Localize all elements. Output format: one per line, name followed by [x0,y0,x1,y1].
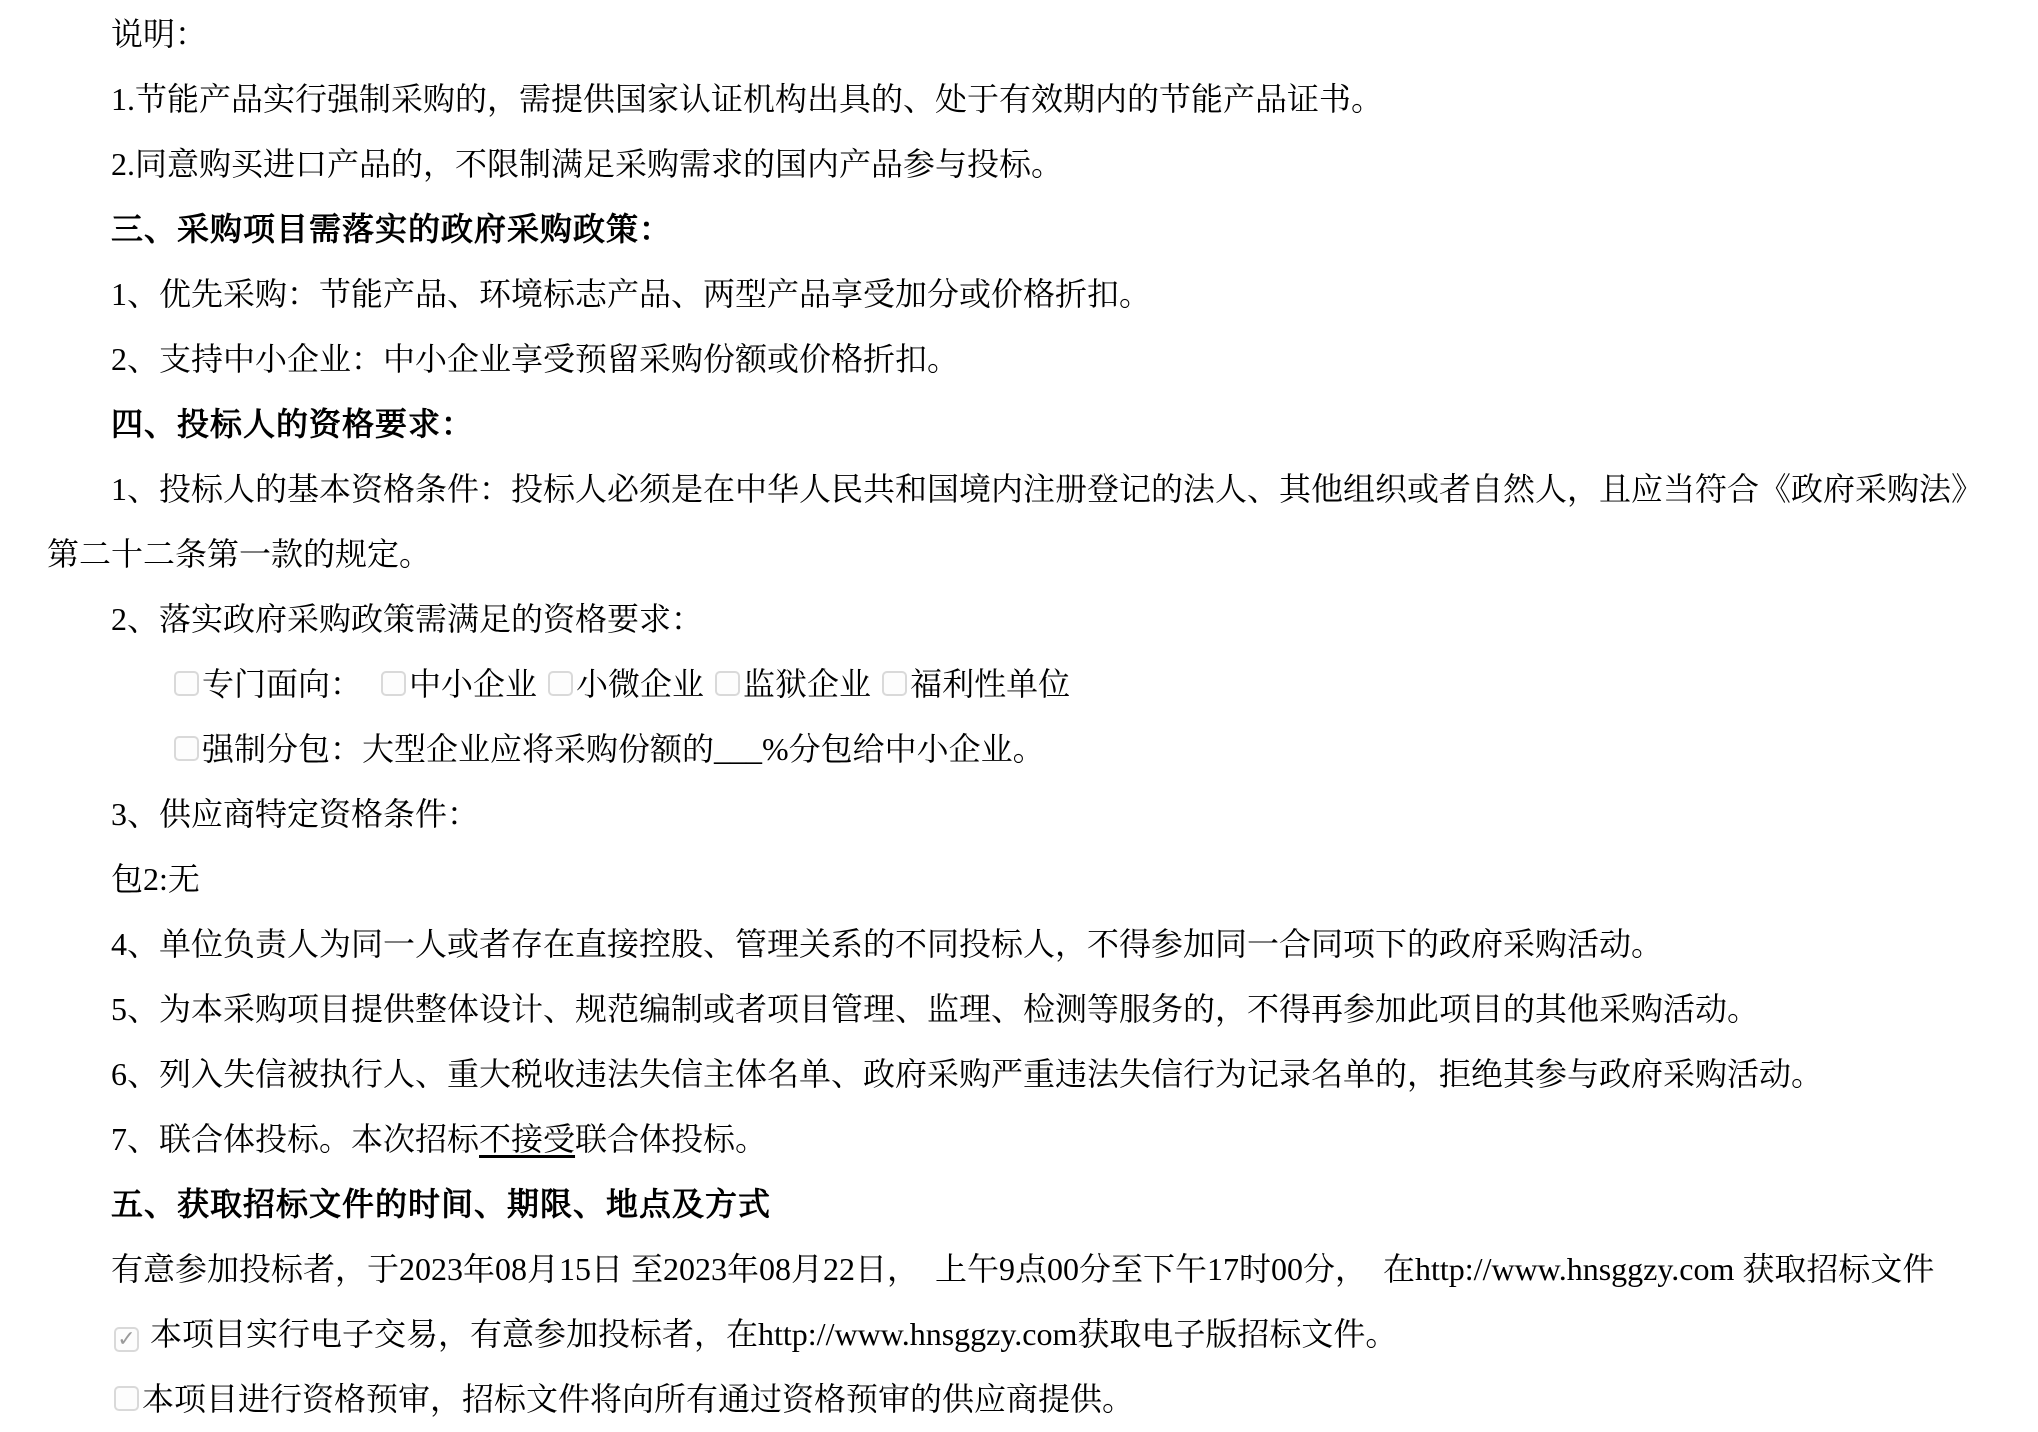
text-run: 不接受 [479,1121,575,1157]
policy-item-1: 1、优先采购：节能产品、环境标志产品、两型产品享受加分或价格折扣。 [47,262,2009,327]
cb-mandatory-subcontract[interactable] [174,736,199,761]
text-run: 1.节能产品实行强制采购的，需提供国家认证机构出具的、处于有效期内的节能产品证书… [111,81,1383,117]
section-4-heading: 四、投标人的资格要求： [47,392,2009,457]
note-item-1: 1.节能产品实行强制采购的，需提供国家认证机构出具的、处于有效期内的节能产品证书… [47,67,2009,132]
text-run: 1、优先采购：节能产品、环境标志产品、两型产品享受加分或价格折扣。 [111,276,1151,312]
text-run: 2、支持中小企业：中小企业享受预留采购份额或价格折扣。 [111,341,959,377]
cb-smes[interactable] [381,671,406,696]
text-run: 5、为本采购项目提供整体设计、规范编制或者项目管理、监理、检测等服务的，不得再参… [111,991,1759,1027]
text-run: 福利性单位 [910,666,1070,702]
cb-electronic-trading[interactable]: ✓ [114,1327,139,1352]
text-run: 四、投标人的资格要求： [111,406,474,442]
cb-special-oriented[interactable] [174,671,199,696]
electronic-trading-line: ✓ 本项目实行电子交易，有意参加投标者，在http://www.hnsggzy.… [47,1302,2009,1367]
text-run: 有意参加投标者，于2023年08月15日 至2023年08月22日， 上午9点0… [111,1251,1934,1287]
text-run: 1、投标人的基本资格条件：投标人必须是在中华人民共和国境内注册登记的法人、其他组… [47,471,1983,572]
note-label: 说明： [47,2,2009,67]
cb-prison-enterprise[interactable] [715,671,740,696]
text-run: 小微企业 [576,666,712,702]
text-run: 本项目实行电子交易，有意参加投标者，在http://www.hnsggzy.co… [142,1316,1397,1352]
qualification-item-4: 4、单位负责人为同一人或者存在直接控股、管理关系的不同投标人，不得参加同一合同项… [47,912,2009,977]
special-oriented-line: 专门面向： 中小企业 小微企业 监狱企业 福利性单位 [47,652,2009,717]
text-run: 说明： [111,16,207,52]
text-run: 五、获取招标文件的时间、期限、地点及方式 [111,1186,771,1222]
text-run: 本项目进行资格预审，招标文件将向所有通过资格预审的供应商提供。 [142,1381,1134,1417]
cb-welfare-unit[interactable] [882,671,907,696]
text-run: 联合体投标。 [575,1121,767,1157]
section-3-heading: 三、采购项目需落实的政府采购政策： [47,197,2009,262]
package-2-note: 包2:无 [47,847,2009,912]
text-run: 监狱企业 [743,666,879,702]
qualification-item-5: 5、为本采购项目提供整体设计、规范编制或者项目管理、监理、检测等服务的，不得再参… [47,977,2009,1042]
text-run: 4、单位负责人为同一人或者存在直接控股、管理关系的不同投标人，不得参加同一合同项… [111,926,1663,962]
qualification-item-1: 1、投标人的基本资格条件：投标人必须是在中华人民共和国境内注册登记的法人、其他组… [47,457,2009,587]
mandatory-subcontract-line: 强制分包：大型企业应将采购份额的___%分包给中小企业。 [47,717,2009,782]
text-run: 三、采购项目需落实的政府采购政策： [111,211,672,247]
check-icon: ✓ [116,1329,137,1350]
qualification-item-3: 3、供应商特定资格条件： [47,782,2009,847]
qualification-item-2: 2、落实政府采购政策需满足的资格要求： [47,587,2009,652]
note-item-2: 2.同意购买进口产品的，不限制满足采购需求的国内产品参与投标。 [47,132,2009,197]
document-page: 说明：1.节能产品实行强制采购的，需提供国家认证机构出具的、处于有效期内的节能产… [0,0,2038,1432]
text-run: 2、落实政府采购政策需满足的资格要求： [111,601,703,637]
obtain-time-line: 有意参加投标者，于2023年08月15日 至2023年08月22日， 上午9点0… [47,1237,2009,1302]
cb-prequalification[interactable] [114,1386,139,1411]
section-5-heading: 五、获取招标文件的时间、期限、地点及方式 [47,1172,2009,1237]
text-run: 中小企业 [409,666,545,702]
qualification-item-7: 7、联合体投标。本次招标不接受联合体投标。 [47,1107,2009,1172]
qualification-item-6: 6、列入失信被执行人、重大税收违法失信主体名单、政府采购严重违法失信行为记录名单… [47,1042,2009,1107]
text-run: 包2:无 [111,861,200,897]
text-run: 3、供应商特定资格条件： [111,796,479,832]
prequalification-line: 本项目进行资格预审，招标文件将向所有通过资格预审的供应商提供。 [47,1367,2009,1432]
cb-micro-enterprise[interactable] [548,671,573,696]
text-run: 专门面向： [202,666,378,702]
text-run: 强制分包：大型企业应将采购份额的___%分包给中小企业。 [202,731,1045,767]
policy-item-2: 2、支持中小企业：中小企业享受预留采购份额或价格折扣。 [47,327,2009,392]
document-body: 说明：1.节能产品实行强制采购的，需提供国家认证机构出具的、处于有效期内的节能产… [0,0,2038,1432]
text-run: 2.同意购买进口产品的，不限制满足采购需求的国内产品参与投标。 [111,146,1063,182]
text-run: 7、联合体投标。本次招标 [111,1121,479,1157]
text-run: 6、列入失信被执行人、重大税收违法失信主体名单、政府采购严重违法失信行为记录名单… [111,1056,1823,1092]
